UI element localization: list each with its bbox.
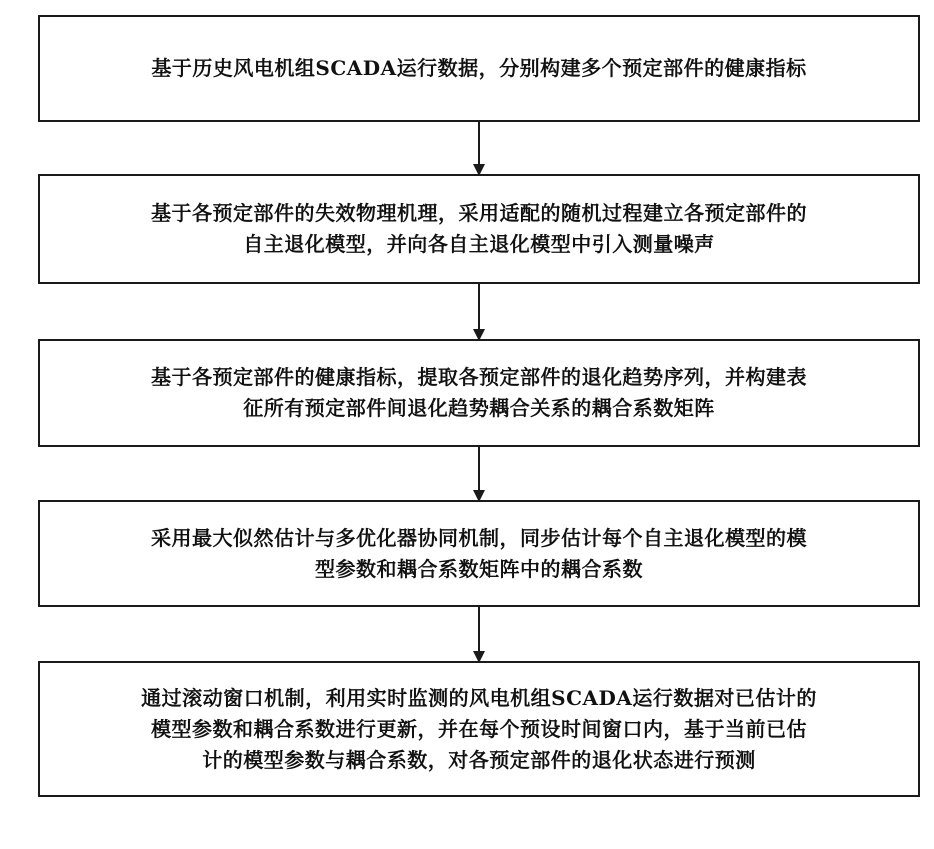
step-5-line-2: 模型参数和耦合系数进行更新，并在每个预设时间窗口内，基于当前已估 [56, 714, 902, 745]
step-box-2: 基于各预定部件的失效物理机理，采用适配的随机过程建立各预定部件的 自主退化模型，… [38, 174, 920, 284]
step-2-line-2: 自主退化模型，并向各自主退化模型中引入测量噪声 [56, 229, 902, 260]
step-box-3: 基于各预定部件的健康指标，提取各预定部件的退化趋势序列，并构建表 征所有预定部件… [38, 339, 920, 447]
step-box-5: 通过滚动窗口机制，利用实时监测的风电机组SCADA运行数据对已估计的 模型参数和… [38, 661, 920, 797]
step-text-2: 基于各预定部件的失效物理机理，采用适配的随机过程建立各预定部件的 自主退化模型，… [56, 198, 902, 260]
step-3-line-1: 基于各预定部件的健康指标，提取各预定部件的退化趋势序列，并构建表 [56, 362, 902, 393]
down-arrow-icon [478, 447, 480, 500]
step-text-3: 基于各预定部件的健康指标，提取各预定部件的退化趋势序列，并构建表 征所有预定部件… [56, 362, 902, 424]
step-5-line-3: 计的模型参数与耦合系数，对各预定部件的退化状态进行预测 [56, 745, 902, 776]
step-4-line-1: 采用最大似然估计与多优化器协同机制，同步估计每个自主退化模型的模 [56, 523, 902, 554]
down-arrow-icon [478, 122, 480, 174]
step-1-line-1: 基于历史风电机组SCADA运行数据，分别构建多个预定部件的健康指标 [56, 53, 902, 84]
step-3-line-2: 征所有预定部件间退化趋势耦合关系的耦合系数矩阵 [56, 393, 902, 424]
step-text-5: 通过滚动窗口机制，利用实时监测的风电机组SCADA运行数据对已估计的 模型参数和… [56, 683, 902, 776]
step-box-4: 采用最大似然估计与多优化器协同机制，同步估计每个自主退化模型的模 型参数和耦合系… [38, 500, 920, 607]
step-text-4: 采用最大似然估计与多优化器协同机制，同步估计每个自主退化模型的模 型参数和耦合系… [56, 523, 902, 585]
step-text-1: 基于历史风电机组SCADA运行数据，分别构建多个预定部件的健康指标 [56, 53, 902, 84]
down-arrow-icon [478, 607, 480, 661]
step-4-line-2: 型参数和耦合系数矩阵中的耦合系数 [56, 554, 902, 585]
step-box-1: 基于历史风电机组SCADA运行数据，分别构建多个预定部件的健康指标 [38, 15, 920, 122]
step-2-line-1: 基于各预定部件的失效物理机理，采用适配的随机过程建立各预定部件的 [56, 198, 902, 229]
flowchart: 基于历史风电机组SCADA运行数据，分别构建多个预定部件的健康指标 基于各预定部… [0, 0, 934, 849]
step-5-line-1: 通过滚动窗口机制，利用实时监测的风电机组SCADA运行数据对已估计的 [56, 683, 902, 714]
down-arrow-icon [478, 284, 480, 339]
